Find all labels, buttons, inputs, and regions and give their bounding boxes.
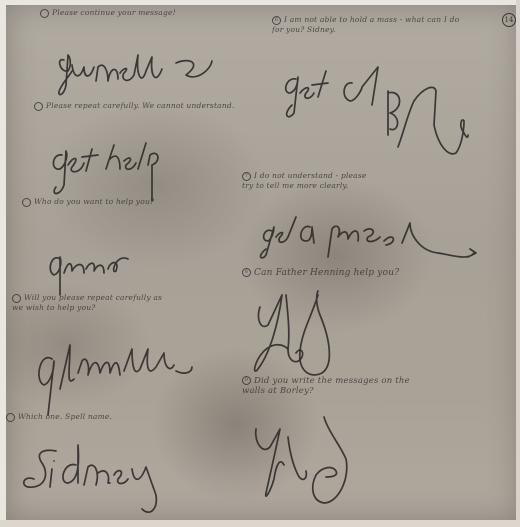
stroke-glimmule bbox=[39, 345, 192, 415]
photo-border-right bbox=[516, 0, 520, 527]
stroke-yes-1 bbox=[255, 291, 330, 375]
stroke-get-help bbox=[53, 143, 158, 201]
handwriting-strokes bbox=[6, 5, 520, 520]
stroke-gleano bbox=[50, 257, 128, 295]
handwritten-document-photo: 14 Please continue your message! Please … bbox=[6, 5, 520, 520]
stroke-yes-2 bbox=[256, 417, 347, 503]
stroke-get-a-priest bbox=[261, 217, 476, 258]
stroke-get-of-bl bbox=[286, 67, 468, 154]
stroke-sidney bbox=[24, 445, 157, 512]
photo-border-bottom bbox=[0, 520, 520, 527]
stroke-gunnels bbox=[59, 55, 212, 95]
